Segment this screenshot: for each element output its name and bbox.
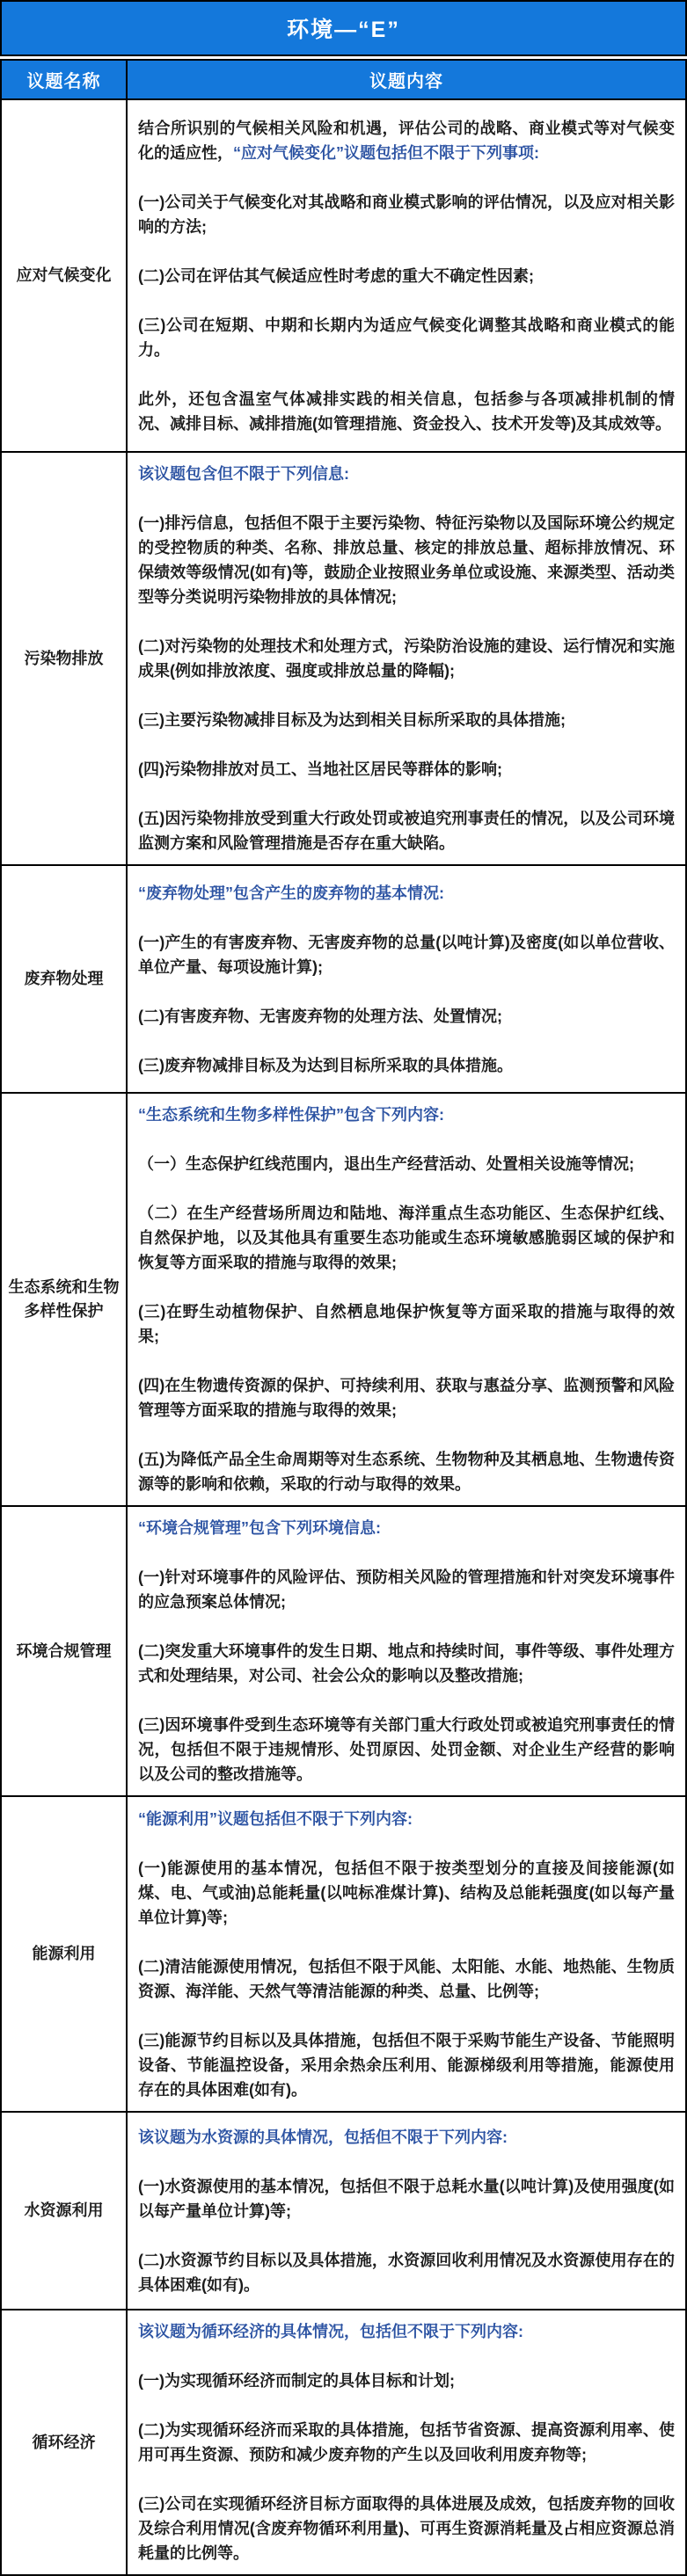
body-text: （一）生态保护红线范围内，退出生产经营活动、处置相关设施等情况;	[138, 1155, 634, 1173]
highlighted-text: 该议题包含但不限于下列信息:	[138, 465, 349, 483]
topic-content: “环境合规管理”包含下列环境信息:(一)针对环境事件的风险评估、预防相关风险的管…	[138, 1516, 675, 1786]
topic-content-cell: “环境合规管理”包含下列环境信息:(一)针对环境事件的风险评估、预防相关风险的管…	[127, 1506, 686, 1796]
document-title-bar: 环境—“E”	[0, 0, 687, 56]
topic-row: 生态系统和生物多样性保护“生态系统和生物多样性保护”包含下列内容:（一）生态保护…	[1, 1093, 686, 1506]
body-text: (三)因环境事件受到生态环境等有关部门重大行政处罚或被追究刑事责任的情况，包括但…	[138, 1716, 675, 1783]
content-paragraph: (一)排污信息，包括但不限于主要污染物、特征污染物以及国际环境公约规定的受控物质…	[138, 511, 675, 609]
content-paragraph: (五)因污染物排放受到重大行政处罚或被追究刑事责任的情况，以及公司环境监测方案和…	[138, 806, 675, 855]
topic-content-cell: “生态系统和生物多样性保护”包含下列内容:（一）生态保护红线范围内，退出生产经营…	[127, 1093, 686, 1506]
body-text: 此外，还包含温室气体减排实践的相关信息，包括参与各项减排机制的情况、减排目标、减…	[138, 390, 675, 433]
topic-content: 该议题为循环经济的具体情况，包括但不限于下列内容:(一)为实现循环经济而制定的具…	[138, 2319, 675, 2565]
content-paragraph: (三)在野生动植物保护、自然栖息地保护恢复等方面采取的措施与取得的效果;	[138, 1299, 675, 1349]
topic-content-cell: “废弃物处理”包含产生的废弃物的基本情况:(一)产生的有害废弃物、无害废弃物的总…	[127, 865, 686, 1093]
content-paragraph: (一)针对环境事件的风险评估、预防相关风险的管理措施和针对突发环境事件的应急预案…	[138, 1565, 675, 1614]
column-header-topic-name: 议题名称	[1, 60, 127, 99]
topic-name-cell: 生态系统和生物多样性保护	[1, 1093, 127, 1506]
content-paragraph: (一)为实现循环经济而制定的具体目标和计划;	[138, 2369, 675, 2393]
topic-name-cell: 循环经济	[1, 2310, 127, 2575]
body-text: (四)污染物排放对员工、当地社区居民等群体的影响;	[138, 760, 502, 778]
body-text: (三)公司在实现循环经济目标方面取得的具体进展及成效，包括废弃物的回收及综合利用…	[138, 2495, 675, 2562]
content-paragraph: “废弃物处理”包含产生的废弃物的基本情况:	[138, 881, 675, 906]
content-paragraph: (三)公司在短期、中期和长期内为适应气候变化调整其战略和商业模式的能力。	[138, 313, 675, 362]
body-text: (一)公司关于气候变化对其战略和商业模式影响的评估情况，以及应对相关影响的方法;	[138, 193, 675, 236]
topic-name-cell: 污染物排放	[1, 452, 127, 865]
content-paragraph: (二)有害废弃物、无害废弃物的处理方法、处置情况;	[138, 1004, 675, 1029]
environment-topics-document: 环境—“E” 议题名称 议题内容 应对气候变化结合所识别的气候相关风险和机遇，评…	[0, 0, 687, 2576]
highlighted-text: “环境合规管理”包含下列环境信息:	[138, 1519, 381, 1537]
content-paragraph: （一）生态保护红线范围内，退出生产经营活动、处置相关设施等情况;	[138, 1152, 675, 1176]
highlighted-text: 该议题为水资源的具体情况，包括但不限于下列内容:	[138, 2128, 508, 2146]
content-paragraph: (二)公司在评估其气候适应性时考虑的重大不确定性因素;	[138, 264, 675, 288]
topic-content-cell: 该议题包含但不限于下列信息:(一)排污信息，包括但不限于主要污染物、特征污染物以…	[127, 452, 686, 865]
content-paragraph: (三)主要污染物减排目标及为达到相关目标所采取的具体措施;	[138, 708, 675, 732]
content-paragraph: 该议题包含但不限于下列信息:	[138, 462, 675, 486]
content-paragraph: “环境合规管理”包含下列环境信息:	[138, 1516, 675, 1540]
body-text: (二)对污染物的处理技术和处理方式，污染防治设施的建设、运行情况和实施成果(例如…	[138, 637, 675, 680]
body-text: (三)废弃物减排目标及为达到目标所采取的具体措施。	[138, 1057, 513, 1074]
topic-row: 污染物排放该议题包含但不限于下列信息:(一)排污信息，包括但不限于主要污染物、特…	[1, 452, 686, 865]
content-paragraph: (三)废弃物减排目标及为达到目标所采取的具体措施。	[138, 1053, 675, 1078]
content-paragraph: (二)突发重大环境事件的发生日期、地点和持续时间，事件等级、事件处理方式和处理结…	[138, 1639, 675, 1688]
content-paragraph: 此外，还包含温室气体减排实践的相关信息，包括参与各项减排机制的情况、减排目标、减…	[138, 387, 675, 436]
topic-content: “能源利用”议题包括但不限于下列内容:(一)能源使用的基本情况，包括但不限于按类…	[138, 1807, 675, 2102]
highlighted-text: 该议题为循环经济的具体情况，包括但不限于下列内容:	[138, 2323, 523, 2340]
content-paragraph: 该议题为循环经济的具体情况，包括但不限于下列内容:	[138, 2319, 675, 2344]
highlighted-text: “生态系统和生物多样性保护”包含下列内容:	[138, 1106, 444, 1124]
content-paragraph: (二)为实现循环经济而采取的具体措施，包括节省资源、提高资源利用率、使用可再生资…	[138, 2418, 675, 2467]
topic-row: 废弃物处理“废弃物处理”包含产生的废弃物的基本情况:(一)产生的有害废弃物、无害…	[1, 865, 686, 1093]
highlighted-text: “能源利用”议题包括但不限于下列内容:	[138, 1810, 413, 1828]
content-paragraph: （二）在生产经营场所周边和陆地、海洋重点生态功能区、生态保护红线、自然保护地，以…	[138, 1201, 675, 1275]
topic-row: 环境合规管理“环境合规管理”包含下列环境信息:(一)针对环境事件的风险评估、预防…	[1, 1506, 686, 1796]
body-text: (二)公司在评估其气候适应性时考虑的重大不确定性因素;	[138, 267, 534, 285]
body-text: (三)主要污染物减排目标及为达到相关目标所采取的具体措施;	[138, 711, 566, 729]
content-paragraph: (一)能源使用的基本情况，包括但不限于按类型划分的直接及间接能源(如煤、电、气或…	[138, 1856, 675, 1930]
topic-content-cell: 该议题为水资源的具体情况，包括但不限于下列内容:(一)水资源使用的基本情况，包括…	[127, 2112, 686, 2310]
body-text: （二）在生产经营场所周边和陆地、海洋重点生态功能区、生态保护红线、自然保护地，以…	[138, 1204, 675, 1271]
topic-name-cell: 能源利用	[1, 1796, 127, 2112]
content-paragraph: (四)在生物遗传资源的保护、可持续利用、获取与惠益分享、监测预警和风险管理等方面…	[138, 1373, 675, 1423]
topic-content: “生态系统和生物多样性保护”包含下列内容:（一）生态保护红线范围内，退出生产经营…	[138, 1102, 675, 1496]
body-text: (一)产生的有害废弃物、无害废弃物的总量(以吨计算)及密度(如以单位营收、单位产…	[138, 934, 675, 976]
content-paragraph: (三)公司在实现循环经济目标方面取得的具体进展及成效，包括废弃物的回收及综合利用…	[138, 2492, 675, 2565]
body-text: (一)排污信息，包括但不限于主要污染物、特征污染物以及国际环境公约规定的受控物质…	[138, 514, 675, 606]
content-paragraph: “生态系统和生物多样性保护”包含下列内容:	[138, 1102, 675, 1127]
table-header-row: 议题名称 议题内容	[1, 60, 686, 99]
topic-row: 能源利用“能源利用”议题包括但不限于下列内容:(一)能源使用的基本情况，包括但不…	[1, 1796, 686, 2112]
topic-content-cell: 结合所识别的气候相关风险和机遇，评估公司的战略、商业模式等对气候变化的适应性，“…	[127, 99, 686, 452]
topic-content: 该议题包含但不限于下列信息:(一)排污信息，包括但不限于主要污染物、特征污染物以…	[138, 462, 675, 855]
body-text: (一)针对环境事件的风险评估、预防相关风险的管理措施和针对突发环境事件的应急预案…	[138, 1568, 675, 1611]
content-paragraph: (一)产生的有害废弃物、无害废弃物的总量(以吨计算)及密度(如以单位营收、单位产…	[138, 930, 675, 979]
body-text: (三)公司在短期、中期和长期内为适应气候变化调整其战略和商业模式的能力。	[138, 317, 675, 359]
topic-content: 该议题为水资源的具体情况，包括但不限于下列内容:(一)水资源使用的基本情况，包括…	[138, 2125, 675, 2297]
topic-name-cell: 环境合规管理	[1, 1506, 127, 1796]
content-paragraph: (五)为降低产品全生命周期等对生态系统、生物物种及其栖息地、生物遗传资源等的影响…	[138, 1447, 675, 1496]
content-paragraph: (二)对污染物的处理技术和处理方式，污染防治设施的建设、运行情况和实施成果(例如…	[138, 634, 675, 683]
body-text: (三)能源节约目标以及具体措施，包括但不限于采购节能生产设备、节能照明设备、节能…	[138, 2032, 675, 2099]
column-header-topic-content: 议题内容	[127, 60, 686, 99]
document-title: 环境—“E”	[287, 12, 400, 44]
topic-content-cell: 该议题为循环经济的具体情况，包括但不限于下列内容:(一)为实现循环经济而制定的具…	[127, 2310, 686, 2575]
content-paragraph: (三)能源节约目标以及具体措施，包括但不限于采购节能生产设备、节能照明设备、节能…	[138, 2028, 675, 2102]
content-paragraph: “能源利用”议题包括但不限于下列内容:	[138, 1807, 675, 1831]
topic-name-cell: 水资源利用	[1, 2112, 127, 2310]
body-text: (三)在野生动植物保护、自然栖息地保护恢复等方面采取的措施与取得的效果;	[138, 1303, 675, 1345]
content-paragraph: (二)水资源节约目标以及具体措施，水资源回收利用情况及水资源使用存在的具体困难(…	[138, 2248, 675, 2297]
topic-row: 应对气候变化结合所识别的气候相关风险和机遇，评估公司的战略、商业模式等对气候变化…	[1, 99, 686, 452]
content-paragraph: (一)水资源使用的基本情况，包括但不限于总耗水量(以吨计算)及使用强度(如以每产…	[138, 2174, 675, 2223]
body-text: (五)因污染物排放受到重大行政处罚或被追究刑事责任的情况，以及公司环境监测方案和…	[138, 810, 675, 852]
body-text: (二)有害废弃物、无害废弃物的处理方法、处置情况;	[138, 1008, 502, 1025]
content-paragraph: 该议题为水资源的具体情况，包括但不限于下列内容:	[138, 2125, 675, 2150]
body-text: (一)为实现循环经济而制定的具体目标和计划;	[138, 2372, 455, 2390]
body-text: (一)能源使用的基本情况，包括但不限于按类型划分的直接及间接能源(如煤、电、气或…	[138, 1859, 675, 1926]
content-paragraph: (一)公司关于气候变化对其战略和商业模式影响的评估情况，以及应对相关影响的方法;	[138, 190, 675, 239]
body-text: (二)清洁能源使用情况，包括但不限于风能、太阳能、水能、地热能、生物质资源、海洋…	[138, 1958, 675, 2000]
topic-row: 水资源利用该议题为水资源的具体情况，包括但不限于下列内容:(一)水资源使用的基本…	[1, 2112, 686, 2310]
content-paragraph: (四)污染物排放对员工、当地社区居民等群体的影响;	[138, 757, 675, 782]
body-text: (一)水资源使用的基本情况，包括但不限于总耗水量(以吨计算)及使用强度(如以每产…	[138, 2178, 675, 2220]
body-text: (二)为实现循环经济而采取的具体措施，包括节省资源、提高资源利用率、使用可再生资…	[138, 2421, 675, 2463]
topic-table: 议题名称 议题内容 应对气候变化结合所识别的气候相关风险和机遇，评估公司的战略、…	[0, 59, 687, 2576]
content-paragraph: (三)因环境事件受到生态环境等有关部门重大行政处罚或被追究刑事责任的情况，包括但…	[138, 1713, 675, 1786]
topic-name-cell: 应对气候变化	[1, 99, 127, 452]
highlighted-text: “应对气候变化”议题包括但不限于下列事项:	[233, 144, 539, 162]
content-paragraph: (二)清洁能源使用情况，包括但不限于风能、太阳能、水能、地热能、生物质资源、海洋…	[138, 1954, 675, 2004]
body-text: (二)水资源节约目标以及具体措施，水资源回收利用情况及水资源使用存在的具体困难(…	[138, 2252, 675, 2294]
topic-content: 结合所识别的气候相关风险和机遇，评估公司的战略、商业模式等对气候变化的适应性，“…	[138, 116, 675, 436]
content-paragraph: 结合所识别的气候相关风险和机遇，评估公司的战略、商业模式等对气候变化的适应性，“…	[138, 116, 675, 165]
highlighted-text: “废弃物处理”包含产生的废弃物的基本情况:	[138, 884, 444, 902]
body-text: (五)为降低产品全生命周期等对生态系统、生物物种及其栖息地、生物遗传资源等的影响…	[138, 1451, 675, 1493]
topic-row: 循环经济该议题为循环经济的具体情况，包括但不限于下列内容:(一)为实现循环经济而…	[1, 2310, 686, 2575]
body-text: (四)在生物遗传资源的保护、可持续利用、获取与惠益分享、监测预警和风险管理等方面…	[138, 1377, 675, 1419]
topic-content-cell: “能源利用”议题包括但不限于下列内容:(一)能源使用的基本情况，包括但不限于按类…	[127, 1796, 686, 2112]
topic-name-cell: 废弃物处理	[1, 865, 127, 1093]
body-text: (二)突发重大环境事件的发生日期、地点和持续时间，事件等级、事件处理方式和处理结…	[138, 1642, 675, 1685]
topic-content: “废弃物处理”包含产生的废弃物的基本情况:(一)产生的有害废弃物、无害废弃物的总…	[138, 881, 675, 1078]
